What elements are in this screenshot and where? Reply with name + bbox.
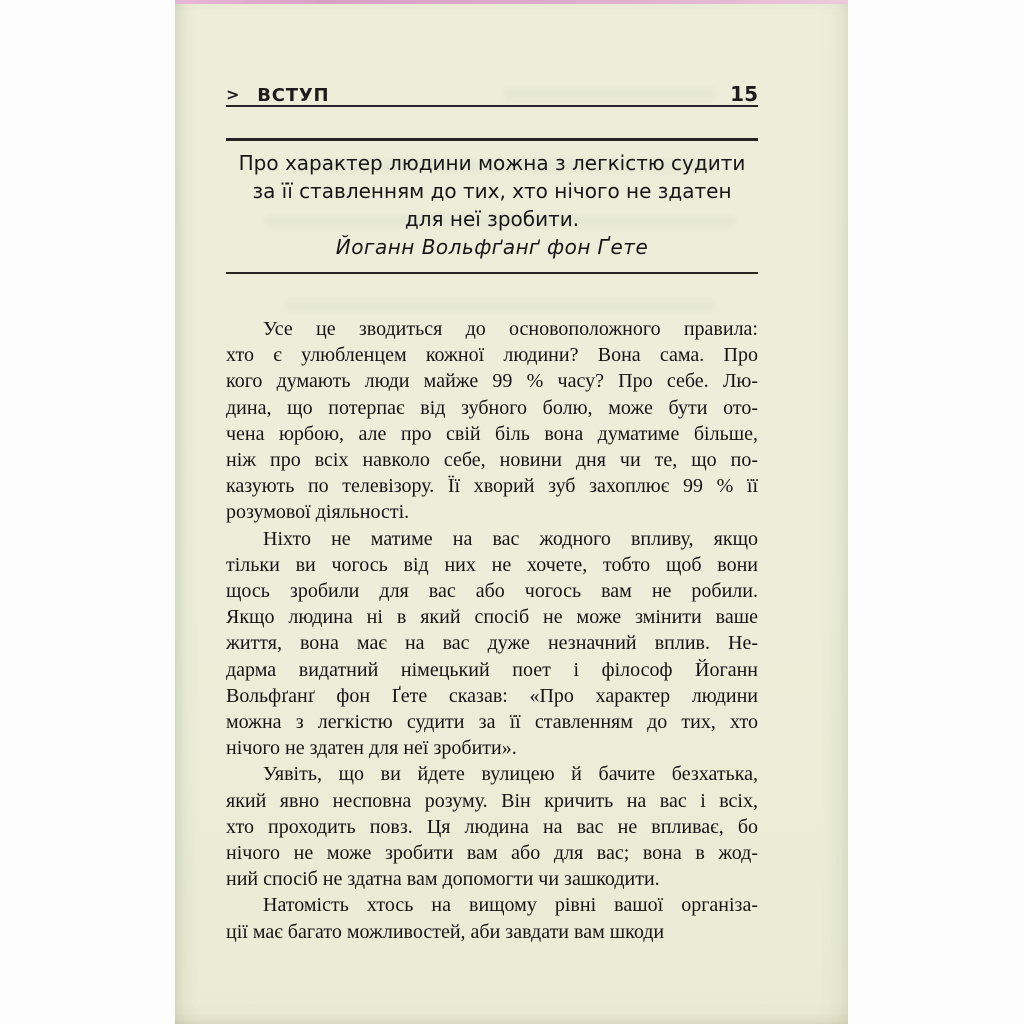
epigraph-line: за її ставленням до тих, хто нічого не з… <box>226 177 758 205</box>
epigraph-lines: Про характер людини можна з легкістю суд… <box>226 149 758 233</box>
text-line: чена юрбою, але про свій біль вона думат… <box>226 421 758 447</box>
section-marker: > <box>226 85 240 104</box>
text-line: тільки ви чогось від них не хочете, тобт… <box>226 552 758 578</box>
paragraph: Натомість хтось на вищому рівні вашої ор… <box>226 892 758 944</box>
text-line: життя, вона має на вас дуже незначний вп… <box>226 630 758 656</box>
text-line: Вольфґанґ фон Ґете сказав: «Про характер… <box>226 683 758 709</box>
page-content: > ВСТУП 15 Про характер людини можна з л… <box>226 0 758 1024</box>
text-line: кого думають люди майже 99 % часу? Про с… <box>226 368 758 394</box>
paragraph: Усе це зводиться до основоположного прав… <box>226 316 758 526</box>
epigraph-block: Про характер людини можна з легкістю суд… <box>226 149 758 261</box>
text-line: ний спосіб не здатна вам допомогти чи за… <box>226 866 758 892</box>
epigraph-attribution: Йоганн Вольфґанґ фон Ґете <box>226 233 758 261</box>
header-rule <box>226 105 758 107</box>
text-line: ніж про всіх навколо себе, новини дня чи… <box>226 447 758 473</box>
text-line: хто є улюбленцем кожної людини? Вона сам… <box>226 342 758 368</box>
book-page: > ВСТУП 15 Про характер людини можна з л… <box>175 0 848 1024</box>
text-line: Ніхто не матиме на вас жодного впливу, я… <box>226 526 758 552</box>
text-line: дарма видатний німецький поет і філософ … <box>226 657 758 683</box>
epigraph-rule-top <box>226 138 758 141</box>
text-line: Уявіть, що ви йдете вулицею й бачите без… <box>226 761 758 787</box>
epigraph-line: Про характер людини можна з легкістю суд… <box>226 149 758 177</box>
text-line: хто проходить повз. Ця людина на вас не … <box>226 814 758 840</box>
text-line: казують по телевізору. Її хворий зуб зах… <box>226 473 758 499</box>
text-line: Натомість хтось на вищому рівні вашої ор… <box>226 892 758 918</box>
body-text: Усе це зводиться до основоположного прав… <box>226 316 758 945</box>
text-line: дина, що потерпає від зубного болю, може… <box>226 395 758 421</box>
text-line: щось зробили для вас або чогось вам не р… <box>226 578 758 604</box>
running-head: > ВСТУП 15 <box>226 82 758 106</box>
paragraph: Уявіть, що ви йдете вулицею й бачите без… <box>226 761 758 892</box>
scan-backdrop: > ВСТУП 15 Про характер людини можна з л… <box>0 0 1024 1024</box>
text-line: нічого не може зробити вам або для вас; … <box>226 840 758 866</box>
epigraph-line: для неї зробити. <box>226 205 758 233</box>
paragraph: Ніхто не матиме на вас жодного впливу, я… <box>226 526 758 762</box>
text-line: Усе це зводиться до основоположного прав… <box>226 316 758 342</box>
text-line: можна з легкістю судити за її ставленням… <box>226 709 758 735</box>
text-line: який явно несповна розуму. Він кричить н… <box>226 788 758 814</box>
text-line: Якщо людина ні в який спосіб не може змі… <box>226 604 758 630</box>
section-title: ВСТУП <box>257 85 329 106</box>
text-line: розумової діяльності. <box>226 499 758 525</box>
text-line: ції має багато можливостей, аби завдати … <box>226 919 758 945</box>
epigraph-rule-bottom <box>226 272 758 274</box>
page-number: 15 <box>730 82 758 106</box>
text-line: нічого не здатен для неї зробити». <box>226 735 758 761</box>
